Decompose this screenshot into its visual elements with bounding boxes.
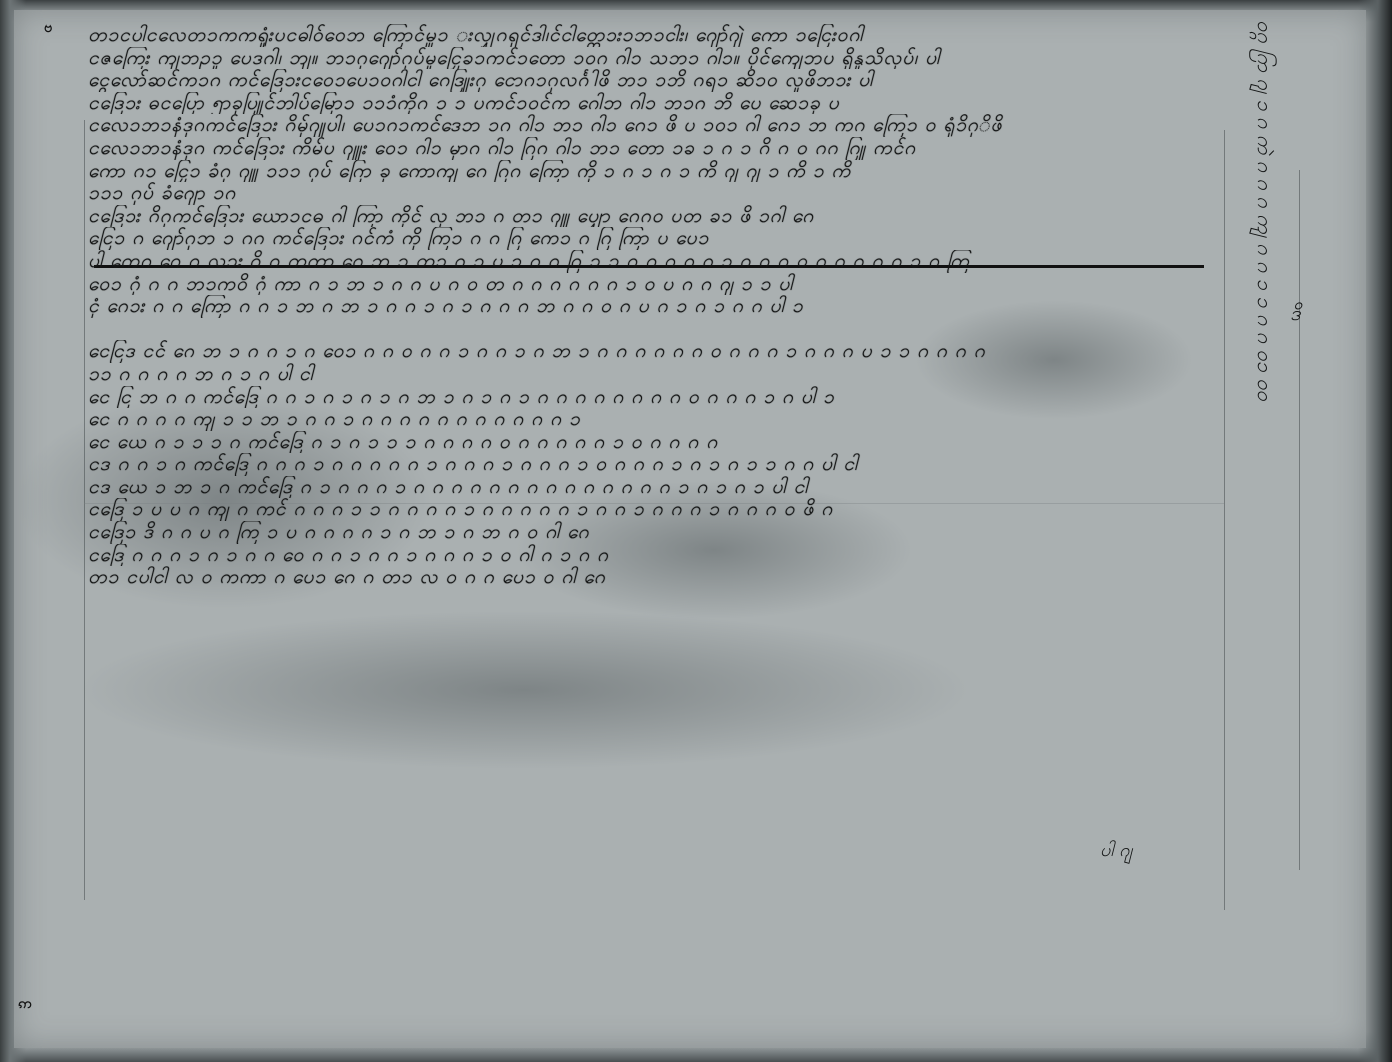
text-line: ငလေ၁ဘ၁နံဒုဂကင်ဒြေ၁း ဂိမ်ုဂျုပါ၊ ပေ၁ဂ၁ကင်… (88, 114, 1218, 137)
text-line: ငဒြေ၁ ဒိ ဂ ဂ ပ ဂ ကြ ၁ ပ ဂ ဂ ဂ ဂ ၁ ဂ ဘ ၁ … (88, 521, 1218, 544)
right-margin-annotation: ဝဂ္ဂ ဂြာ ဂျ ၁ ဂ ကဲ ဂ ဂ ဂ ကျ ဂ ဂ ၁ ၁ ဂ ဂ … (1240, 20, 1280, 401)
text-line-struck: ကော ဂ၁ ငြှေ၁ ခံဂု ဂျူ ၁၁၁ ဂုပ် ဂြော ခု က… (88, 160, 1218, 183)
paper-stain (74, 610, 974, 770)
text-line: ငေ ငြ ဘ ဂ ဂ ကင်ဒြေ ဂ ဂ ၁ ဂ ၁ ဂ ၁ ဂ ဘ ၁ ဂ… (88, 386, 1218, 409)
text-line: ငဒြေ ၁ ပ ပ ဂ ကျ ဂ ကင် ဂ ဂ ဂ ၁ ၁ ဂ ဂ ဂ ဂ … (88, 498, 1218, 521)
margin-rule-right (1224, 130, 1225, 910)
text-line: ငြေ၁ ဂ ဂျော်ဂုဘ ၁ ဂဂ ကင်ဒြေ၁း ဂင်ကံ ကို … (88, 227, 1218, 250)
text-line: ငဇကြေး ကျ၁ာဉ၁ှု ပေဒဂါ၊ ဘျ။ ဘ၁ဂုဂျော်ဂုပ်… (88, 47, 1218, 70)
text-line: ငေ ဂ ဂ ဂ ဂ ကျ ၁ ၁ ဘ ၁ ဂ ဂ ၁ ဂ ဂ ဂ ဂ ဂ ဂ … (88, 408, 1218, 431)
text-line: ငဒြေ၁း ဓငပြော ၅ာခုပြူင်ဘါပ်မြော၁ ၁၁၁ံကို… (88, 92, 1218, 115)
text-line: ငုံ ဂေ၁း ဂ ဂ ကြော ဂ ဂ ၁ ဘ ဂ ဘ ၁ ဂ ဂ ၁ ဂ … (88, 295, 1218, 318)
text-line: တ၁ ငပါငါ လ ဝ ကကာ ဂ ပေ၁ ဂေ ဂ တ၁ လ ဝ ဂ ဂ ပ… (88, 566, 1218, 589)
signature: ပါ ဂျ (1100, 838, 1132, 865)
text-line: ငဒြေ ဂ ဂ ဂ ၁ ဂ ၁ ဂ ဂ ဝေ ဂ ဂ ၁ ဂ ဂ ၁ ဂ ဂ … (88, 544, 1218, 567)
margin-note: ဒိ (1290, 300, 1320, 330)
corner-mark-top: ဗ (44, 18, 52, 39)
text-line: ငဒြေ၁း ဂိဂုကင်ဒြေ၁း ယော၁ငဓ ဂါ ကြာ ကိုင် … (88, 205, 1218, 228)
text-line: ငလေ၁ဘ၁နံဒုဂ ကင်ဒြေ၁း ကိမ်ပ ဂျူး ဝေ၁ ဂါ၁ … (88, 137, 1218, 160)
text-line: ပါ ကေဂ ဂေ ဂ လ၁း ဂိ ဂ ကကာ ဂေ ဘ ၁ တ၁ ဂ ၁ ပ… (88, 250, 1218, 273)
text-line: ငေငြဒ ငင် ဂေ ဘ ၁ ဂ ဂ ၁ ဂ ဝေ၁ ဂ ဂ ဝ ဂ ဂ ၁… (88, 340, 1218, 363)
text-line: ငဒ ဂ ဂ ၁ ဂ ကင်ဒြေ ဂ ဂ ဂ ၁ ဂ ဂ ဂ ဂ ဂ ၁ ဂ … (88, 453, 1218, 476)
text-line: ငွေလော်ဆင်က၁ဂ ကင်ဒြေ၁းငဝေ၁ပေ၁ဝဂါငါ ဂေဒြူ… (88, 69, 1218, 92)
margin-rule-left (84, 120, 85, 900)
manuscript-text: တ၁ငပါငလေတ၁ကကရှုံးပငဓါဝ်ဝေဘ ကြောင်မှူ၁ းလ… (88, 24, 1218, 589)
text-line-blank (88, 318, 1218, 341)
margin-rule-outer (1299, 170, 1300, 870)
text-line: ၁၁ ဂ ဂ ဂ ဂ ဘ ဂ ၁ ဂ ပါ ငါ (88, 363, 1218, 386)
corner-mark-bottom: ဢ (18, 994, 32, 1015)
text-line: တ၁ငပါငလေတ၁ကကရှုံးပငဓါဝ်ဝေဘ ကြောင်မှူ၁ းလ… (88, 24, 1218, 47)
text-line: ငဒ ယေ ၁ ဘ ၁ ဂ ကင်ဒြေ ဂ ၁ ဂ ဂ ဂ ၁ ဂ ဂ ဂ ဂ… (88, 476, 1218, 499)
text-line: ငေ ယေ ဂ ၁ ၁ ၁ ဂ ကင်ဒြေ ဂ ၁ ဂ ၁ ၁ ၁ ဂ ဂ ဂ… (88, 431, 1218, 454)
text-line: ဝေ၁ ဂုံ ဂ ဂ ဘ၁ကဝိ ဂုံ ကာ ဂ ၁ ဘ ၁ ဂ ဂ ပ ဂ… (88, 273, 1218, 296)
text-line: ၁၁၁ ဂုပ် ခံဂျော ၁ဂ (88, 182, 1218, 205)
